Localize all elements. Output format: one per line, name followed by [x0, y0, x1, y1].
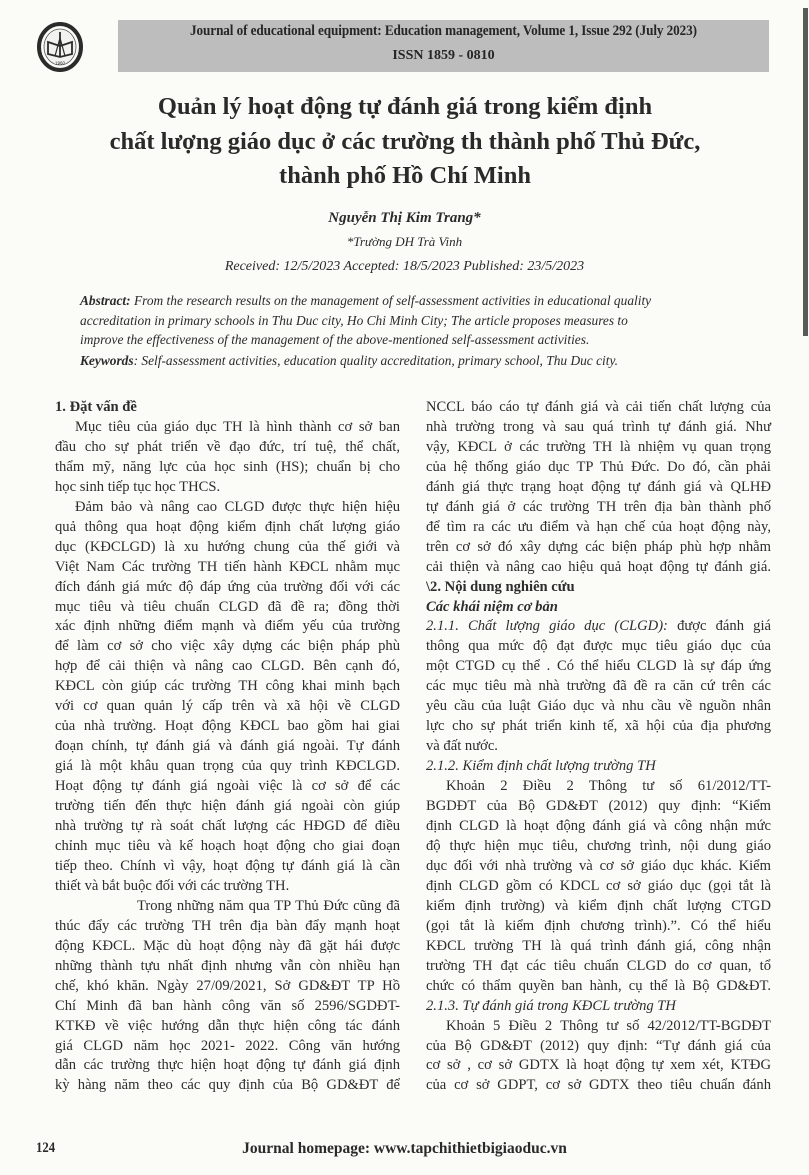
body-line: Việt Nam Các trường TH tiến hành KĐCL nh…: [55, 558, 400, 578]
body-line: Chí Minh đã ban hành công văn số 2596/SG…: [55, 997, 400, 1017]
issn: ISSN 1859 - 0810: [118, 48, 769, 64]
body-line: tiếp theo. Chính vì vậy, hoạt động tự đá…: [55, 857, 400, 877]
body-line: cơ sở , cơ sở GDTX là hoạt động tự xem x…: [426, 1056, 771, 1076]
body-line: thiết và bắt buộc đối với các trường TH.: [55, 877, 400, 897]
body-line: và đất nước.: [426, 737, 771, 757]
body-line: Đảm bảo và nâng cao CLGD được thực hiện …: [55, 498, 400, 518]
body-line: trường tiến đến thực hiện đánh giá ngoài…: [55, 797, 400, 817]
body-line: trường TH đạt các tiêu chuẩn CLGD do cơ …: [426, 957, 771, 977]
body-line: Mục tiêu của giáo dục TH là hình thành c…: [55, 418, 400, 438]
abstract-line: Abstract: From the research results on t…: [80, 291, 760, 311]
subsection-heading: Các khái niệm cơ bản: [426, 598, 771, 618]
body-line: Khoản 2 Điều 2 Thông tư số 61/2012/TT-: [426, 777, 771, 797]
body-line: cải thiện và nâng cao hiệu quả hoạt động…: [426, 558, 771, 578]
body-line: xác định những điểm mạnh và điểm yếu của…: [55, 617, 400, 637]
keywords-text: : Self-assessment activities, education …: [134, 353, 618, 368]
body-line: thúc đẩy các trường TH trên địa bàn đẩy …: [55, 917, 400, 937]
term-label: 2.1.1. Chất lượng giáo dục (CLGD):: [426, 618, 668, 634]
abstract-label: Abstract:: [80, 293, 131, 308]
body-line: với cơ quan quản lý cấp trên và xã hội v…: [55, 697, 400, 717]
body-line: kỳ hàng năm theo các quy định của Bộ GD&…: [55, 1076, 400, 1096]
left-column: 1. Đặt vấn đề Mục tiêu của giáo dục TH l…: [55, 398, 400, 1096]
body-line: thông qua mức độ đạt được mục tiêu giáo …: [426, 637, 771, 657]
abstract-line: accreditation in primary schools in Thu …: [80, 311, 760, 331]
keywords: Keywords: Self-assessment activities, ed…: [80, 353, 760, 369]
body-line: (gọi tắt là kiểm định chương trình).”. C…: [426, 917, 771, 937]
body-line: kiểm định trường) và kiểm định chất lượn…: [426, 897, 771, 917]
body-line: của hệ thống giáo dục TP Thủ Đức. Do đó,…: [426, 458, 771, 478]
body-line: nhà trường trong và sau quá trình tự đán…: [426, 418, 771, 438]
body-line: Hoạt động tự đánh giá ngoài việc là cơ s…: [55, 777, 400, 797]
author-name: Nguyễn Thị Kim Trang*: [0, 210, 809, 227]
body-line: các mục tiêu mà nhà trường đã đề ra căn …: [426, 677, 771, 697]
body-line: để làm cơ sở cho việc xây dựng các biện …: [55, 637, 400, 657]
scan-edge-bar: [803, 8, 808, 336]
body-line: của cơ sở GDPT, cơ sở GDTX theo tiêu chu…: [426, 1076, 771, 1096]
right-column: NCCL báo cáo tự đánh giá và cải tiến chấ…: [426, 398, 771, 1096]
journal-header-band: Journal of educational equipment: Educat…: [118, 20, 769, 72]
body-line: những thành tựu nhất định nhưng vẫn còn …: [55, 957, 400, 977]
body-line: quả thông qua hoạt động kiểm định chất l…: [55, 518, 400, 538]
body-line: yêu cầu của luật Giáo dục và nhu cầu về …: [426, 697, 771, 717]
body-line: KĐCL còn giúp các trường TH công khai mi…: [55, 677, 400, 697]
body-line: giá là một khâu quan trọng của quy trình…: [55, 757, 400, 777]
body-line: định CLGD gồm có KDCL cơ sở giáo dục (gọ…: [426, 877, 771, 897]
author-affiliation: *Trường DH Trà Vinh: [0, 234, 809, 250]
article-title: Quản lý hoạt động tự đánh giá trong kiểm…: [40, 90, 770, 194]
body-line: học sinh tiếp tục học THCS.: [55, 478, 400, 498]
body-line: định CLGD là hoạt động đánh giá và công …: [426, 817, 771, 837]
body-line: hợp để cải thiện và nâng cao CLGD. Bên c…: [55, 657, 400, 677]
body-line: trên cơ sở đó xây dựng các biện pháp phù…: [426, 538, 771, 558]
body-line: 2.1.1. Chất lượng giáo dục (CLGD): được …: [426, 617, 771, 637]
body-line: thẩm mỹ, năng lực của học sinh (HS); chu…: [55, 458, 400, 478]
abstract: Abstract: From the research results on t…: [80, 291, 760, 350]
subsection-heading: 2.1.2. Kiểm định chất lượng trường TH: [426, 757, 771, 777]
journal-citation: Journal of educational equipment: Educat…: [141, 23, 746, 40]
body-line: tự đánh giá ở các trường TH trên địa bàn…: [426, 498, 771, 518]
title-line: thành phố Hồ Chí Minh: [40, 159, 770, 194]
journal-homepage: Journal homepage: www.tapchithietbigiaod…: [0, 1140, 809, 1158]
body-line: mục tiêu và tiêu chuẩn CLGD đã đề ra; đồ…: [55, 598, 400, 618]
subsection-heading: 2.1.3. Tự đánh giá trong KĐCL trường TH: [426, 997, 771, 1017]
body-line: để tìm ra các ưu điểm và hạn chế của hoạ…: [426, 518, 771, 538]
body-line: vậy, KĐCL ở các trường TH là nhiệm vụ qu…: [426, 438, 771, 458]
body-line: của Bộ GD&ĐT (2012) quy định: “Tự đánh g…: [426, 1037, 771, 1057]
body-line: giá CLGD năm học 2021- 2022. Công văn hư…: [55, 1037, 400, 1057]
body-line: dục (KĐCLGD) là xu hướng chung của thế g…: [55, 538, 400, 558]
abstract-line: improve the effectiveness of the managem…: [80, 330, 760, 350]
body-line: một CTGD cụ thể . Có thể hiểu CLGD là sự…: [426, 657, 771, 677]
body-line: động KĐCL. Mặc dù hoạt động này đã gặt h…: [55, 937, 400, 957]
body-line: KĐCL trường TH là quá trình đánh giá, cô…: [426, 937, 771, 957]
body-line: KTKĐ về việc hướng dẫn thực hiện công tá…: [55, 1017, 400, 1037]
body-line: chức có thẩm quyền ban hành, cụ thể là B…: [426, 977, 771, 997]
body-line: đích đánh giá mức độ đáp ứng của trường …: [55, 578, 400, 598]
body-line: của nhà trường. Hoạt động KĐCL bao gồm h…: [55, 717, 400, 737]
title-line: chất lượng giáo dục ở các trường th thàn…: [40, 125, 770, 160]
publication-dates: Received: 12/5/2023 Accepted: 18/5/2023 …: [0, 259, 809, 275]
body-line: đầu cho sự phát triển về đạo đức, trí tu…: [55, 438, 400, 458]
body-line: đánh giá thực trạng hoạt động tự đánh gi…: [426, 478, 771, 498]
body-line: đoạn chính, tự đánh giá và đánh giá ngoà…: [55, 737, 400, 757]
section-heading: \2. Nội dung nghiên cứu: [426, 578, 771, 598]
body-line: BGDĐT của Bộ GD&ĐT (2012) quy định: “Kiể…: [426, 797, 771, 817]
body-line: dẫn các trường thực hiện hoạt động tự đá…: [55, 1056, 400, 1076]
body-line: độ thực hiện mục tiêu, chương trình, nội…: [426, 837, 771, 857]
section-heading: 1. Đặt vấn đề: [55, 398, 400, 418]
body-line: chỉnh mục tiêu và kế hoạch hoạt động cho…: [55, 837, 400, 857]
body-line: NCCL báo cáo tự đánh giá và cải tiến chấ…: [426, 398, 771, 418]
body-line: dục đối với nhà trường và cơ sở giáo dục…: [426, 857, 771, 877]
journal-seal-logo-icon: 1960: [37, 22, 83, 72]
body-line: nhà trường tự rà soát chất lượng các HĐG…: [55, 817, 400, 837]
body-line: Khoản 5 Điều 2 Thông tư số 42/2012/TT-BG…: [426, 1017, 771, 1037]
title-line: Quản lý hoạt động tự đánh giá trong kiểm…: [40, 90, 770, 125]
body-line: chế, khó khăn. Ngày 27/09/2021, Sở GD&ĐT…: [55, 977, 400, 997]
body-line: lực cho sự phát triển kinh tế, xã hội củ…: [426, 717, 771, 737]
body-line: Trong những năm qua TP Thủ Đức cũng đã: [55, 897, 400, 917]
svg-text:1960: 1960: [55, 61, 66, 66]
keywords-label: Keywords: [80, 353, 134, 368]
